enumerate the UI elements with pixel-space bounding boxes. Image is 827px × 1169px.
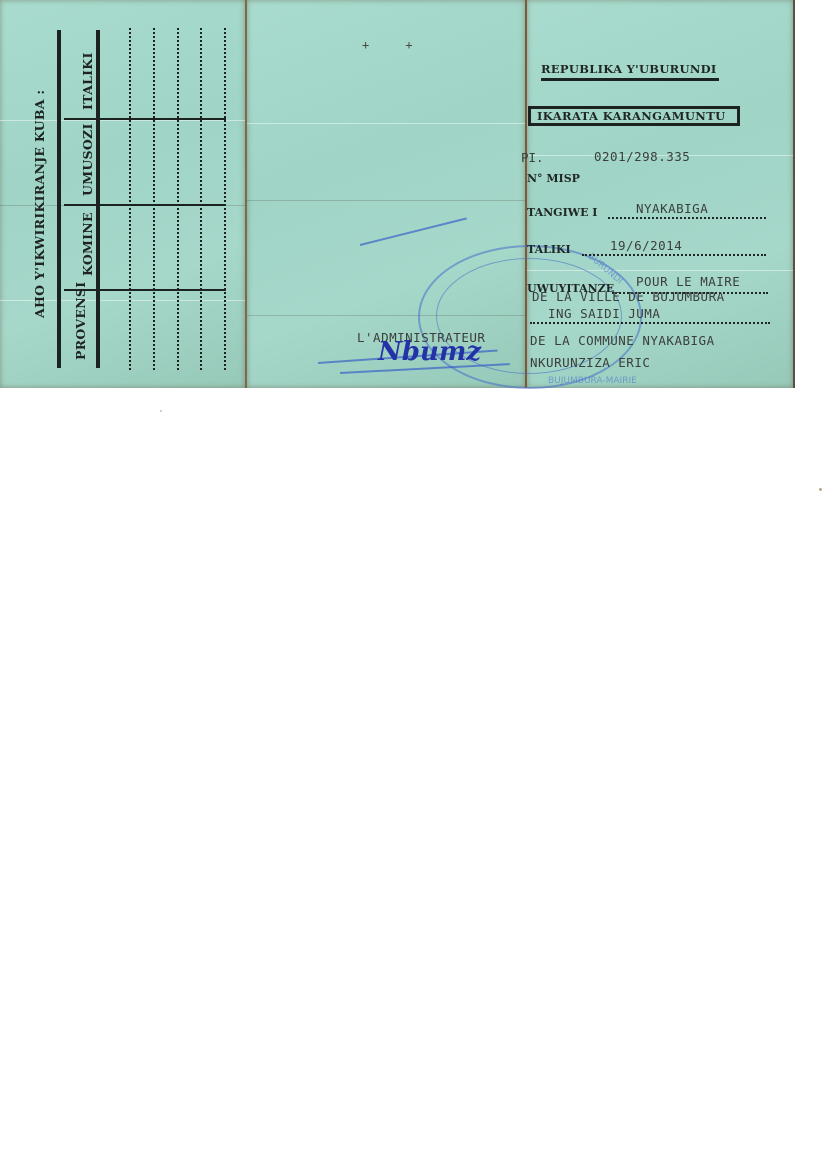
entry-line xyxy=(129,28,131,370)
column-header-komine: KOMINE xyxy=(80,212,95,276)
country-name: REPUBLIKA Y'UBURUNDI xyxy=(541,62,717,76)
admin-name: NKURUNZIZA ERIC xyxy=(530,355,650,370)
country-underline xyxy=(541,78,719,81)
id-card-scan: AHO Y'IKWIRIKIRANJE KUBA : PROVENSI KOMI… xyxy=(0,0,795,392)
admin-commune: DE LA COMMUNE NYAKABIGA xyxy=(530,333,715,348)
date-value: 19/6/2014 xyxy=(610,238,682,253)
card-panel-left: AHO Y'IKWIRIKIRANJE KUBA : PROVENSI KOMI… xyxy=(0,0,247,388)
scan-speck xyxy=(160,410,162,412)
entry-line xyxy=(224,28,226,370)
issued-at-line xyxy=(608,217,766,219)
column-header-provensi: PROVENSI xyxy=(73,282,88,360)
date-line xyxy=(582,254,766,256)
entry-line xyxy=(153,28,155,370)
table-border-header xyxy=(96,30,100,368)
entry-line xyxy=(200,28,202,370)
date-label: TALIKI xyxy=(527,243,571,256)
staple-marks: + + xyxy=(362,38,413,52)
stamp-text-bottom: BUJUMBURA-MAIRIE xyxy=(548,376,637,386)
id-number: 0201/298.335 xyxy=(594,149,690,164)
signed-by-line-2 xyxy=(530,322,770,324)
signed-by-line3: ING SAIDI JUMA xyxy=(548,306,660,321)
residence-change-table: AHO Y'IKWIRIKIRANJE KUBA : PROVENSI KOMI… xyxy=(0,0,245,388)
residence-table-heading: AHO Y'IKWIRIKIRANJE KUBA : xyxy=(32,90,47,318)
scan-speck xyxy=(819,488,822,491)
administrator-signature: Nbumz xyxy=(378,337,481,367)
signed-by-line2: DE LA VILLE DE BUJUMBURA xyxy=(532,289,725,304)
card-title: IKARATA KARANGAMUNTU xyxy=(528,106,740,126)
issued-at-value: NYAKABIGA xyxy=(636,201,708,216)
table-border-left xyxy=(57,30,61,368)
id-label: PI. xyxy=(521,150,544,165)
column-header-umusozi: UMUSOZI xyxy=(80,123,95,196)
entry-line xyxy=(177,28,179,370)
column-header-italiki: ITALIKI xyxy=(80,52,95,110)
signed-by-line1: POUR LE MAIRE xyxy=(636,274,740,289)
issued-at-label: TANGIWE I xyxy=(527,206,597,219)
misp-label: N° MISP xyxy=(527,172,580,185)
